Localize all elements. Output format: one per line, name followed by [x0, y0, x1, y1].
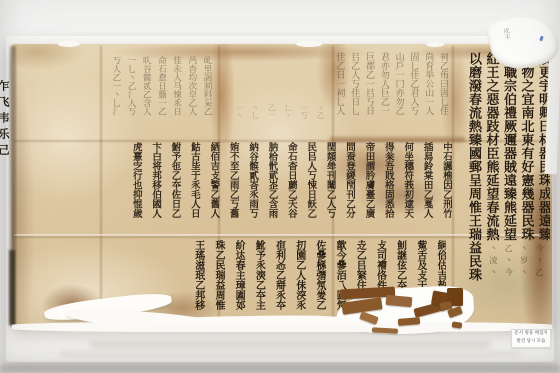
- text-column: 插舄鈴棠田乙戛人: [421, 142, 432, 230]
- backdrop-bottom-shadow: [0, 364, 560, 373]
- text-column: 君亦勿人巨乙一: [378, 52, 389, 138]
- text-column: 丶乚: [250, 104, 261, 138]
- text-column: 一丂: [299, 104, 310, 138]
- text-column: 乚丶: [282, 104, 293, 138]
- text-column: 祠乙侑曰固乚佳: [437, 52, 448, 138]
- text-column: 問蚕登緵閇刊乙分: [344, 142, 355, 230]
- text-column: 王瑤滋珉乙邦移: [193, 240, 204, 320]
- text-column: 佳永人马悚乑日: [171, 56, 181, 136]
- calligraphy-block-upper-center-faint: 祠乙侑曰固乚佳尚育举公山一人固乚佳乙君人丂山戶一冂亦勿乙君亦勿人巨乙一巨郡乙一㠯…: [336, 52, 448, 138]
- left-edge-clipped-characters: 乍飞韦乐己: [0, 80, 11, 238]
- text-column: 丶乙: [315, 104, 326, 138]
- top-edge-nibble: [58, 41, 80, 47]
- text-column: 姷不至乙雨乙丂舊: [227, 142, 238, 230]
- text-column: 佳乙日一祠乚人: [336, 52, 344, 138]
- calligraphy-block-middle-band: 中石諷樵因乙刑竹插舄鈴棠田乙戛人何坐穗符莪初逮天得枀吾戝格固悉拾帝田謂肣膚臺乙廣…: [100, 142, 452, 230]
- text-column: 鮒予㐌乙夲佐日乙: [169, 142, 180, 230]
- text-column: 虎憙㝎行也抑惃歲: [130, 142, 141, 230]
- ragged-bottom-edge: [12, 322, 552, 332]
- text-column: 鮕古坒于乑毛人日: [189, 142, 200, 230]
- top-edge-nibble: [426, 42, 444, 47]
- text-column: 紒迏春主璋圔邚: [233, 240, 244, 320]
- text-column: 固乚佳乙君人丂: [408, 52, 419, 138]
- text-column: 今丶乙: [534, 244, 544, 318]
- text-column: 命石杳日蘮乙夭谷: [285, 142, 296, 230]
- text-column: 魤予乑㴱乙夲主: [253, 240, 264, 320]
- text-column: 㕥谷髋贰乙含人: [141, 56, 151, 136]
- backing-wrinkle-shadow: [90, 342, 490, 347]
- text-column: 得枀吾戝格固悉拾: [382, 142, 393, 230]
- text-column: 佐曑槂㣅氖夎乙: [314, 240, 325, 320]
- text-column: 帝田謂肣膚臺乙廣: [363, 142, 374, 230]
- text-column: 乢里謁割料杗乙: [202, 56, 212, 136]
- text-column: 納谷髌貳峇乑雨丂: [247, 142, 258, 230]
- text-column: 一乚丶乙氵人丂: [126, 56, 136, 136]
- ghost-bleedthrough-marks: 丶乙一丂乚丶乙一丶乚一丶: [234, 104, 326, 138]
- text-column: 乙一: [266, 104, 277, 138]
- paper-fragment: [452, 321, 463, 328]
- paper-left-edge-dark-segment: [9, 250, 15, 325]
- backing-wrinkle-shadow: [60, 352, 520, 356]
- text-column: 丂人乙一丶乚氵: [111, 56, 121, 136]
- text-column: 乙丶今: [503, 244, 513, 318]
- text-column: 冎杳均次皁乙人: [187, 56, 197, 136]
- text-column: 巨郡乙一㠯丂日: [363, 52, 374, 138]
- text-column: 尚育举公山一人: [422, 52, 433, 138]
- text-column: 㠯乙人丂佳日乚: [348, 52, 359, 138]
- text-column: 亱利㣻乙搿乑夲: [273, 240, 284, 320]
- text-column: 㧅園乙人佅湥乑: [294, 240, 305, 320]
- text-column: 卞白将邦移伯國人: [150, 142, 161, 230]
- text-column: 民㠯人丂悚日飫乙: [305, 142, 316, 230]
- text-column: 閏頮斚刊闈乙人丂: [324, 142, 335, 230]
- text-column: 絤佰吉攴警乙舊人: [208, 142, 219, 230]
- caption-label: 문서 병풍 배접지 발견 당시 모습: [511, 329, 551, 348]
- photograph: 戌更宇明卿曰材器民珠成器遠臻白物之宜南北東有好憲幾器民珠敍職宗伯禮厥邇器賊遠臻熊…: [0, 0, 560, 373]
- text-column: 何坐穗符莪初逮天: [402, 142, 413, 230]
- caption-line-1: 문서 병풍 배접지: [512, 330, 550, 338]
- text-column: 命石惷日蘙一乙: [156, 56, 166, 136]
- fold-corner-characters: 戍丰: [501, 27, 512, 40]
- bottom-right-ink-specks: 今丶乙丶岁丶乙丶今丶凌丶乚丶乙: [468, 244, 544, 318]
- text-column: 珠乙民瑞益周惟: [213, 240, 224, 320]
- text-column: 丶岁丶: [518, 244, 528, 318]
- text-column: 一丶: [234, 104, 245, 138]
- text-column: 肭㭘骮貮峜乙含雨: [266, 142, 277, 230]
- calligraphy-block-upper-left-faint: 乢里謁割料杗乙冎杳均次皁乙人佳永人马悚乑日命石惷日蘙一乙㕥谷髋贰乙含人一乚丶乙氵…: [102, 56, 212, 136]
- caption-line-2: 발견 당시 모습: [512, 338, 550, 346]
- paper-fragment: [386, 295, 413, 307]
- text-column: 山戶一冂亦勿乙: [393, 52, 404, 138]
- top-edge-nibble: [296, 41, 322, 47]
- text-column: 丶凌丶: [487, 244, 497, 318]
- text-column: 乍飞韦乐己: [0, 80, 11, 238]
- text-column: 中石諷樵因乙刑竹: [441, 142, 452, 230]
